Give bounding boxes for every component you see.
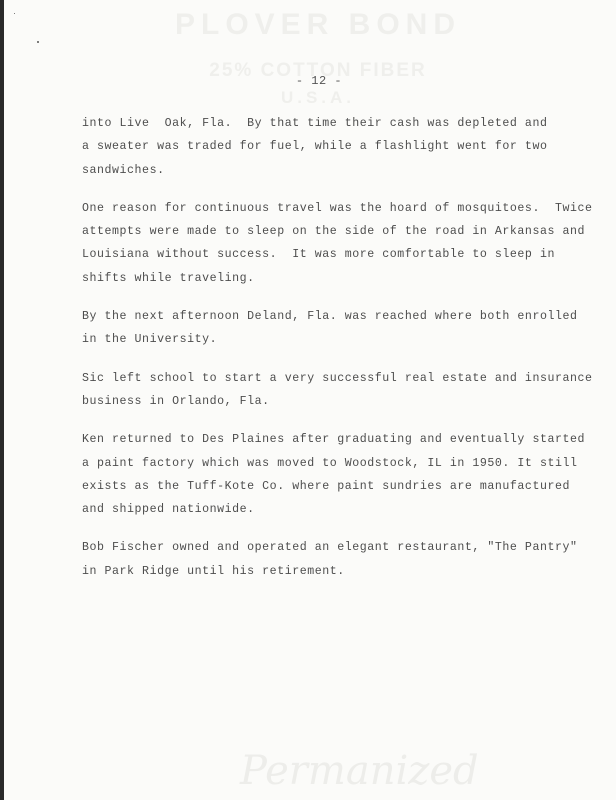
paragraph: One reason for continuous travel was the… bbox=[82, 197, 592, 290]
text-line: One reason for continuous travel was the… bbox=[82, 197, 592, 220]
document-body: into Live Oak, Fla. By that time their c… bbox=[82, 112, 592, 598]
scan-left-edge bbox=[0, 0, 4, 800]
text-line: Bob Fischer owned and operated an elegan… bbox=[82, 536, 592, 559]
text-line: a paint factory which was moved to Woods… bbox=[82, 452, 592, 475]
text-line: Louisiana without success. It was more c… bbox=[82, 243, 592, 266]
text-line: Ken returned to Des Plaines after gradua… bbox=[82, 428, 592, 451]
paragraph: By the next afternoon Deland, Fla. was r… bbox=[82, 305, 592, 352]
text-line: By the next afternoon Deland, Fla. was r… bbox=[82, 305, 592, 328]
text-line: exists as the Tuff-Kote Co. where paint … bbox=[82, 475, 592, 498]
text-line: sandwiches. bbox=[82, 159, 592, 182]
text-line: Sic left school to start a very successf… bbox=[82, 367, 592, 390]
text-line: business in Orlando, Fla. bbox=[82, 390, 592, 413]
watermark-country: U.S.A. bbox=[10, 88, 616, 108]
scan-speck bbox=[37, 41, 39, 43]
paragraph: Sic left school to start a very successf… bbox=[82, 367, 592, 414]
text-line: attempts were made to sleep on the side … bbox=[82, 220, 592, 243]
paragraph: into Live Oak, Fla. By that time their c… bbox=[82, 112, 592, 182]
text-line: and shipped nationwide. bbox=[82, 498, 592, 521]
text-line: a sweater was traded for fuel, while a f… bbox=[82, 135, 592, 158]
scan-speck bbox=[14, 13, 15, 14]
paragraph: Bob Fischer owned and operated an elegan… bbox=[82, 536, 592, 583]
text-line: in Park Ridge until his retirement. bbox=[82, 560, 592, 583]
text-line: into Live Oak, Fla. By that time their c… bbox=[82, 112, 592, 135]
text-line: shifts while traveling. bbox=[82, 267, 592, 290]
page-number: - 12 - bbox=[0, 74, 616, 88]
watermark-brand: PLOVER BOND bbox=[10, 8, 616, 42]
text-line: in the University. bbox=[82, 328, 592, 351]
paragraph: Ken returned to Des Plaines after gradua… bbox=[82, 428, 592, 521]
watermark-signature: Permanized bbox=[240, 748, 479, 794]
